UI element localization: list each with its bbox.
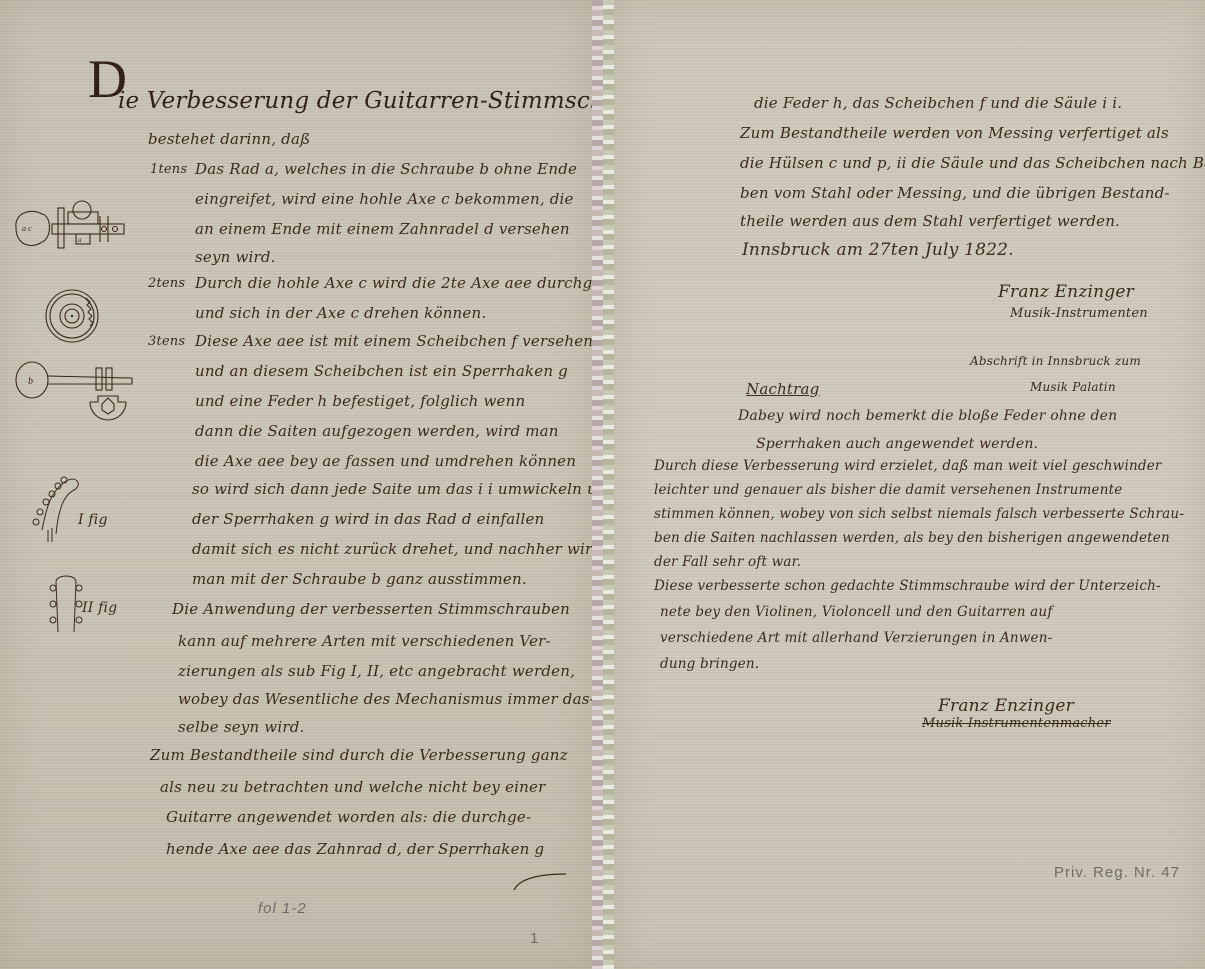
nachtrag-line: Diese verbesserte schon gedachte Stimmsc… [654, 578, 1161, 594]
nachtrag-line: ben die Saiten nachlassen werden, als be… [654, 530, 1170, 546]
nachtrag-line: Durch diese Verbesserung wird erzielet, … [654, 458, 1162, 474]
item-3-line: der Sperrhaken g wird in das Rad d einfa… [192, 510, 544, 528]
paragraph-1-line: kann auf mehrere Arten mit verschiedenen… [178, 632, 551, 650]
svg-text:a c: a c [22, 224, 32, 233]
paragraph-1-line: wobey das Wesentliche des Mechanismus im… [178, 690, 595, 708]
nachtrag-line: Dabey wird noch bemerkt die bloße Feder … [738, 408, 1117, 424]
nachtrag-line: Sperrhaken auch angewendet werden. [756, 436, 1038, 452]
nachtrag-line: nete bey den Violinen, Violoncell und de… [660, 604, 1053, 620]
place-note: Musik Palatin [1030, 380, 1116, 394]
item-3-line: so wird sich dann jede Saite um das i i … [192, 480, 617, 498]
item-2-marker: 2tens [148, 276, 185, 291]
mechanism-side-view-figure: a c a [12, 198, 130, 258]
ratchet-wheel-figure [40, 286, 104, 346]
svg-text:b: b [28, 376, 33, 387]
item-1-marker: 1tens [150, 162, 187, 177]
item-3-marker: 3tens [148, 334, 185, 349]
signature-name-2: Franz Enzinger [938, 696, 1074, 716]
nachtrag-line: dung bringen. [660, 656, 759, 672]
item-3-line: und an diesem Scheibchen ist ein Sperrha… [195, 362, 568, 380]
paragraph-2-line: hende Axe aee das Zahnrad d, der Sperrha… [166, 840, 544, 858]
date-line: Innsbruck am 27ten July 1822. [742, 240, 1014, 260]
headstock-fig-1 [28, 470, 82, 542]
item-1-line: seyn wird. [195, 248, 276, 266]
signature-title: Musik-Instrumenten [1010, 306, 1148, 321]
item-3-line: dann die Saiten aufgezogen werden, wird … [195, 422, 559, 440]
folio-pencil-note: fol 1-2 [258, 900, 307, 917]
scan-gutter [592, 0, 614, 969]
item-2-line: Durch die hohle Axe c wird die 2te Axe a… [195, 274, 630, 292]
worm-key-figure: b [14, 352, 138, 424]
item-1-line: an einem Ende mit einem Zahnradel d vers… [195, 220, 570, 238]
headstock-fig-2 [48, 572, 84, 634]
continuation-line: die Feder h, das Scheibchen f und die Sä… [754, 94, 1122, 112]
nachtrag-line: verschiedene Art mit allerhand Verzierun… [660, 630, 1052, 646]
item-3-line: man mit der Schraube b ganz ausstimmen. [192, 570, 527, 588]
nachtrag-heading: Nachtrag [746, 380, 819, 398]
nachtrag-line: leichter und genauer als bisher die dami… [654, 482, 1122, 498]
paragraph-1-line: zierungen als sub Fig I, II, etc angebra… [178, 662, 575, 680]
item-3-line: die Axe aee bey ae fassen und umdrehen k… [195, 452, 576, 470]
paragraph-1-line: Die Anwendung der verbesserten Stimmschr… [172, 600, 570, 618]
continuation-line: ben vom Stahl oder Messing, und die übri… [740, 184, 1170, 202]
continuation-line: Zum Bestandtheile werden von Messing ver… [740, 124, 1169, 142]
paragraph-2-line: als neu zu betrachten und welche nicht b… [160, 778, 545, 796]
place-note: Abschrift in Innsbruck zum [970, 354, 1141, 368]
item-1-line: Das Rad a, welches in die Schraube b ohn… [195, 160, 577, 178]
nachtrag-line: stimmen können, wobey von sich selbst ni… [654, 506, 1184, 522]
left-manuscript-page: D ie Verbesserung der Guitarren-Stimmsch… [0, 0, 592, 969]
flourish-mark [510, 870, 570, 894]
fig-1-label: I fig [78, 512, 108, 528]
item-2-line: und sich in der Axe c drehen können. [195, 304, 486, 322]
intro-line: bestehet darinn, daß [148, 130, 310, 148]
item-1-line: eingreifet, wird eine hohle Axe c bekomm… [195, 190, 574, 208]
fig-2-label: II fig [82, 600, 117, 616]
paragraph-1-line: selbe seyn wird. [178, 718, 304, 736]
item-3-line: damit sich es nicht zurück drehet, und n… [192, 540, 602, 558]
paragraph-2-line: Guitarre angewendet worden als: die durc… [166, 808, 531, 826]
svg-text:a: a [78, 236, 82, 244]
continuation-line: theile werden aus dem Stahl verfertiget … [740, 212, 1120, 230]
registry-pencil-note: Priv. Reg. Nr. 47 [1054, 864, 1180, 881]
nachtrag-line: der Fall sehr oft war. [654, 554, 801, 570]
item-3-line: und eine Feder h befestiget, folglich we… [195, 392, 525, 410]
continuation-line: die Hülsen c und p, ii die Säule und das… [740, 154, 1205, 172]
page-number: 1 [530, 930, 539, 947]
signature-title-2: Musik-Instrumentenmacher [922, 716, 1111, 731]
item-3-line: Diese Axe aee ist mit einem Scheibchen f… [195, 332, 598, 350]
signature-name: Franz Enzinger [998, 282, 1134, 302]
paragraph-2-line: Zum Bestandtheile sind durch die Verbess… [150, 746, 568, 764]
right-manuscript-page: die Feder h, das Scheibchen f und die Sä… [614, 0, 1205, 969]
